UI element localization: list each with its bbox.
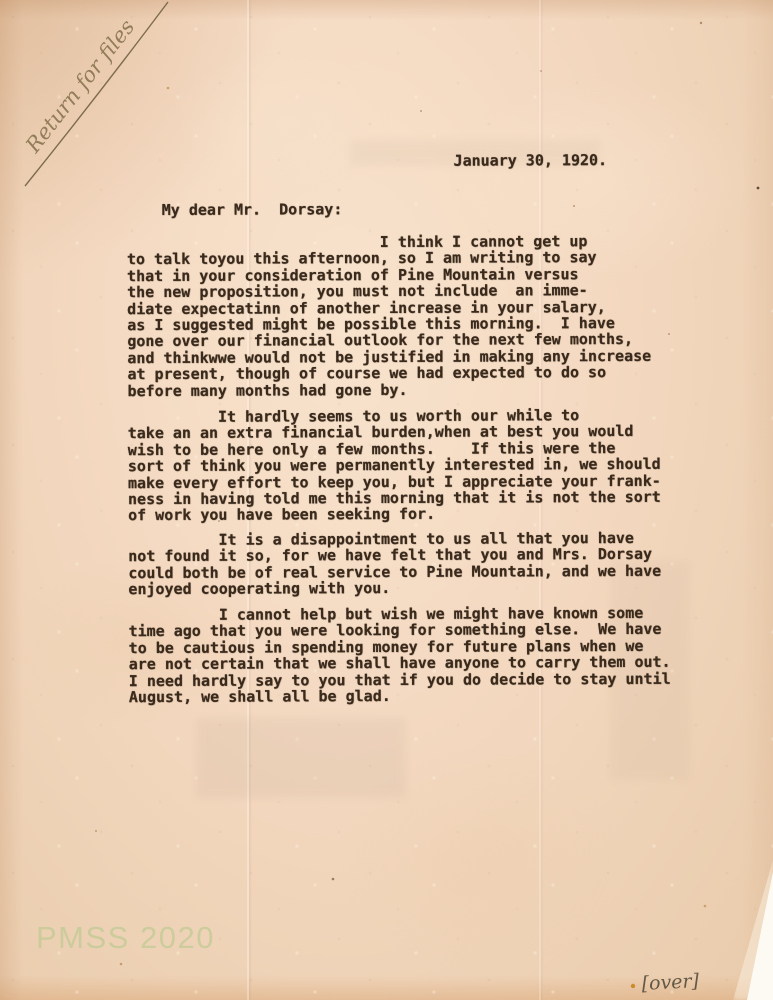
letter-paragraph-4: I cannot help but wish we might have kno… [128, 605, 670, 706]
letter-salutation: My dear Mr. Dorsay: [162, 201, 343, 218]
letter-paragraph-1: I think I cannot get up to talk toyou th… [127, 233, 652, 399]
letter-date: January 30, 1920. [453, 152, 607, 169]
scanned-letter-page: January 30, 1920. My dear Mr. Dorsay: I … [0, 0, 773, 1000]
letter-paragraph-2: It hardly seems to us worth our while to… [128, 407, 661, 524]
letter-paragraph-3: It is a disappointment to us all that yo… [128, 530, 661, 598]
typed-letter: January 30, 1920. My dear Mr. Dorsay: I … [0, 0, 773, 1000]
